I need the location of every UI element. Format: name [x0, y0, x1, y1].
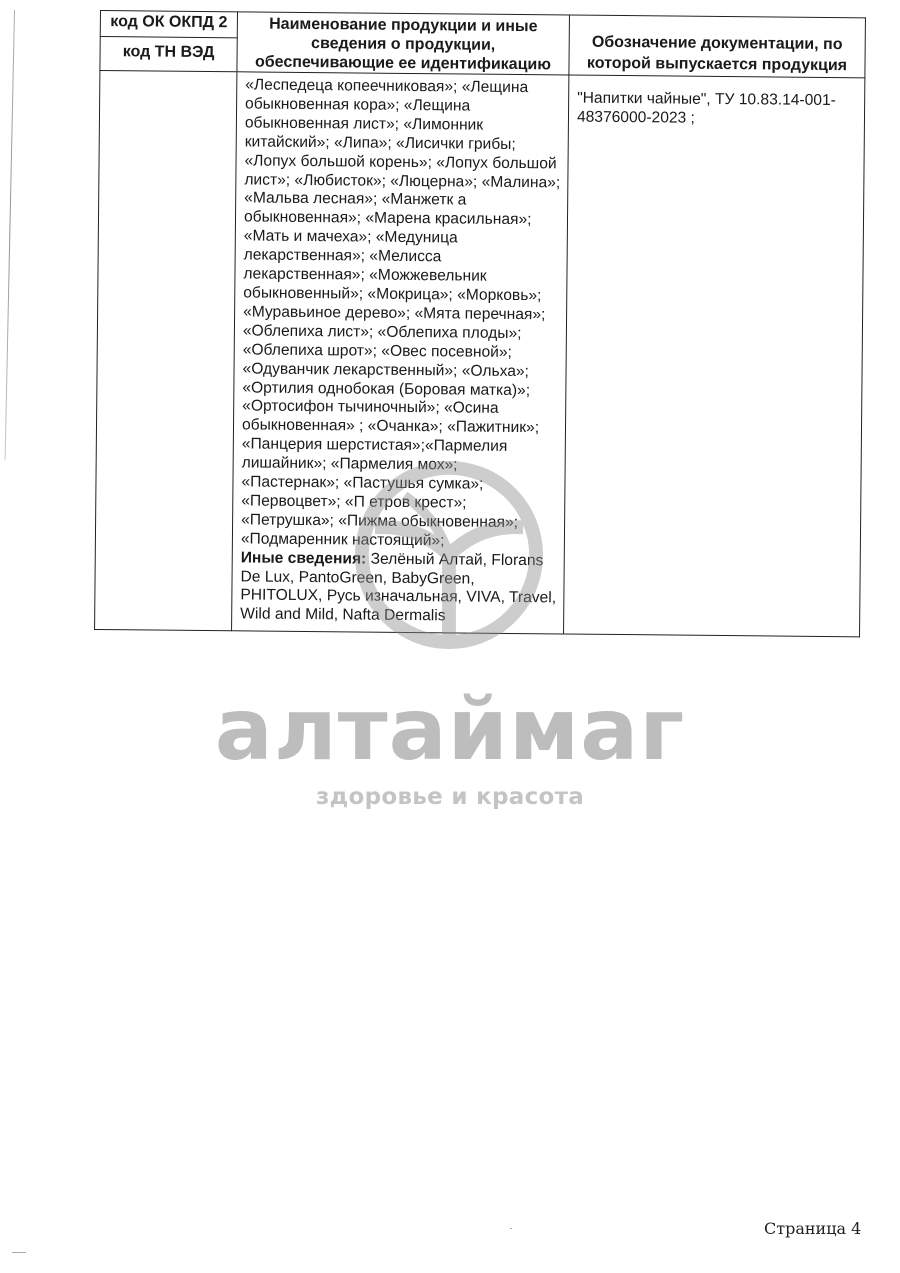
watermark-tagline: здоровье и красота [0, 784, 900, 810]
page-number: Страница 4 [764, 1219, 861, 1238]
scan-edge-line [5, 10, 15, 460]
cell-product-list: «Леспедеца копеечниковая»; «Лещина обыкн… [232, 72, 569, 634]
certificate-table: код ОК ОКПД 2 Наименование продукции и и… [94, 10, 866, 638]
scan-speck [510, 1228, 512, 1229]
product-list-text: «Леспедеца копеечниковая»; «Лещина обыкн… [241, 76, 560, 549]
header-product-name: Наименование продукции и иные сведения о… [237, 12, 570, 75]
document-sheet: код ОК ОКПД 2 Наименование продукции и и… [94, 10, 865, 638]
cell-code [95, 71, 237, 632]
header-code-tnved: код ТН ВЭД [100, 36, 237, 72]
scan-speck [12, 1252, 26, 1253]
header-code-okpd: код ОК ОКПД 2 [100, 11, 237, 38]
header-documentation: Обозначение документации, по которой вып… [569, 15, 866, 78]
cell-documentation: "Напитки чайные", ТУ 10.83.14-001-483760… [564, 75, 865, 637]
watermark-brand: алтаймаг [0, 680, 900, 780]
other-info-label: Иные сведения: [241, 549, 367, 567]
